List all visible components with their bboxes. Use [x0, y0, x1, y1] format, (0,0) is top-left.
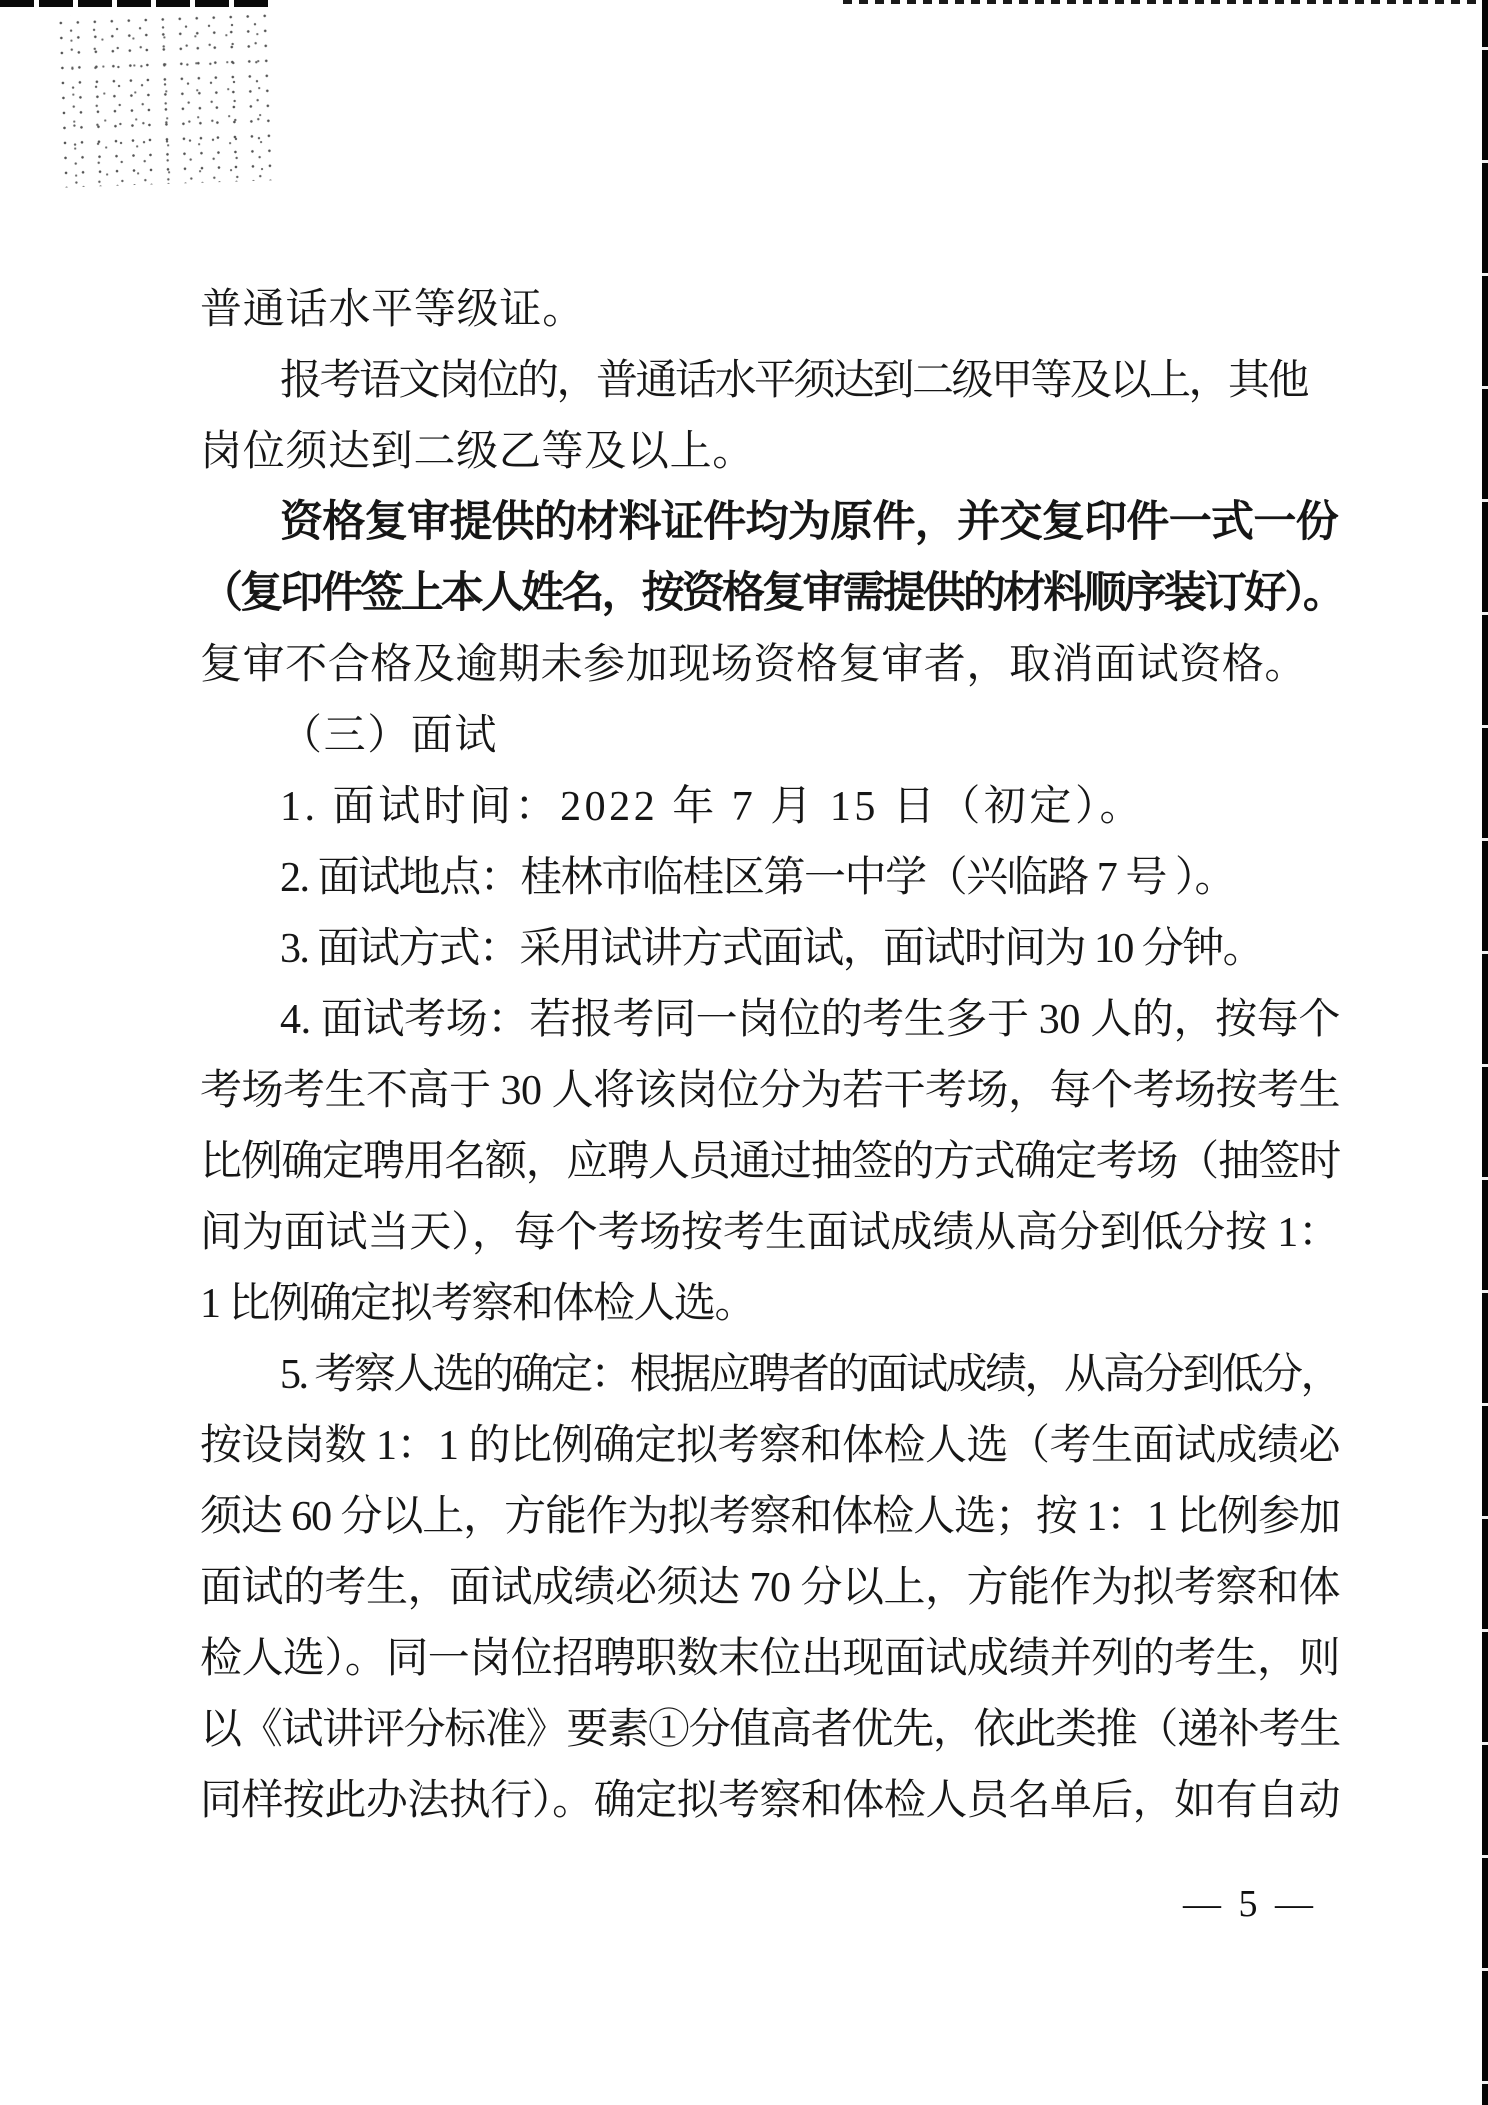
text-line: 3. 面试方式：采用试讲方式面试，面试时间为 10 分钟。	[200, 909, 1340, 980]
text-line: 检人选）。同一岗位招聘职数末位出现面试成绩并列的考生，则	[200, 1619, 1340, 1690]
text-line-content: 岗位须达到二级乙等及以上。	[200, 418, 755, 478]
text-line: 面试的考生，面试成绩必须达 70 分以上，方能作为拟考察和体	[200, 1548, 1340, 1619]
text-line: 同样按此办法执行）。确定拟考察和体检人员名单后，如有自动	[200, 1761, 1340, 1832]
text-line: 1. 面试时间：2022 年 7 月 15 日（初定）。	[200, 767, 1340, 838]
text-line: 普通话水平等级证。	[200, 270, 1340, 341]
text-line-content: 以《试讲评分标准》要素①分值高者优先，依此类推（递补考生	[200, 1696, 1340, 1756]
document-page: 普通话水平等级证。 报考语文岗位的，普通话水平须达到二级甲等及以上，其他 岗位须…	[0, 0, 1488, 2105]
text-line: 报考语文岗位的，普通话水平须达到二级甲等及以上，其他	[200, 341, 1340, 412]
text-line-content: （三）面试	[280, 702, 498, 762]
text-line: 以《试讲评分标准》要素①分值高者优先，依此类推（递补考生	[200, 1690, 1340, 1761]
text-line: 按设岗数 1：1 的比例确定拟考察和体检人选（考生面试成绩必	[200, 1406, 1340, 1477]
text-line-content: 须达 60 分以上，方能作为拟考察和体检人选；按 1：1 比例参加	[200, 1483, 1340, 1543]
text-line: 2. 面试地点：桂林市临桂区第一中学（兴临路 7 号 ）。	[200, 838, 1340, 909]
text-line-content: 复审不合格及逾期未参加现场资格复审者，取消面试资格。	[200, 631, 1307, 691]
text-line: 1 比例确定拟考察和体检人选。	[200, 1264, 1340, 1335]
scan-speckle-watermark	[52, 8, 273, 187]
text-line-bold: （复印件签上本人姓名，按资格复审需提供的材料顺序装订好）。	[200, 554, 1340, 625]
document-body: 普通话水平等级证。 报考语文岗位的，普通话水平须达到二级甲等及以上，其他 岗位须…	[200, 270, 1340, 1832]
text-line-content: 按设岗数 1：1 的比例确定拟考察和体检人选（考生面试成绩必	[200, 1412, 1340, 1472]
text-line-content: 同样按此办法执行）。确定拟考察和体检人员名单后，如有自动	[200, 1767, 1340, 1827]
text-line-content: 4. 面试考场：若报考同一岗位的考生多于 30 人的，按每个	[280, 986, 1340, 1046]
text-line-content: （复印件签上本人姓名，按资格复审需提供的材料顺序装订好）。	[200, 559, 1343, 620]
text-line-content: 资格复审提供的材料证件均为原件，并交复印件一式一份	[280, 488, 1338, 549]
text-line: 5. 考察人选的确定：根据应聘者的面试成绩，从高分到低分，	[200, 1335, 1340, 1406]
scan-edge-artifact-right	[1482, 0, 1488, 2105]
text-line-content: 检人选）。同一岗位招聘职数末位出现面试成绩并列的考生，则	[200, 1625, 1340, 1685]
text-line-content: 面试的考生，面试成绩必须达 70 分以上，方能作为拟考察和体	[200, 1554, 1340, 1614]
text-line: 考场考生不高于 30 人将该岗位分为若干考场，每个考场按考生	[200, 1051, 1340, 1122]
text-line: 岗位须达到二级乙等及以上。	[200, 412, 1340, 483]
text-line-bold: 资格复审提供的材料证件均为原件，并交复印件一式一份	[200, 483, 1340, 554]
text-line-content: 比例确定聘用名额，应聘人员通过抽签的方式确定考场（抽签时	[200, 1128, 1340, 1188]
text-line-content: 报考语文岗位的，普通话水平须达到二级甲等及以上，其他	[280, 347, 1307, 407]
text-line-content: 5. 考察人选的确定：根据应聘者的面试成绩，从高分到低分，	[280, 1341, 1340, 1401]
text-line: 4. 面试考场：若报考同一岗位的考生多于 30 人的，按每个	[200, 980, 1340, 1051]
text-line-content: 1. 面试时间：2022 年 7 月 15 日（初定）。	[280, 773, 1145, 833]
text-line-content: 2. 面试地点：桂林市临桂区第一中学（兴临路 7 号 ）。	[280, 844, 1235, 904]
text-line: 复审不合格及逾期未参加现场资格复审者，取消面试资格。	[200, 625, 1340, 696]
text-line: 比例确定聘用名额，应聘人员通过抽签的方式确定考场（抽签时	[200, 1122, 1340, 1193]
text-line-section-heading: （三）面试	[200, 696, 1340, 767]
text-line-content: 间为面试当天），每个考场按考生面试成绩从高分到低分按 1：	[200, 1199, 1340, 1259]
text-line-content: 3. 面试方式：采用试讲方式面试，面试时间为 10 分钟。	[280, 915, 1263, 975]
text-line: 须达 60 分以上，方能作为拟考察和体检人选；按 1：1 比例参加	[200, 1477, 1340, 1548]
text-line-content: 1 比例确定拟考察和体检人选。	[200, 1270, 755, 1330]
text-line-content: 考场考生不高于 30 人将该岗位分为若干考场，每个考场按考生	[200, 1057, 1340, 1117]
text-line-content: 普通话水平等级证。	[200, 276, 585, 336]
text-line: 间为面试当天），每个考场按考生面试成绩从高分到低分按 1：	[200, 1193, 1340, 1264]
scan-edge-artifact-top-right	[843, 0, 1488, 4]
page-number: — 5 —	[1120, 1882, 1380, 1926]
scan-edge-artifact-top-left	[0, 0, 273, 7]
